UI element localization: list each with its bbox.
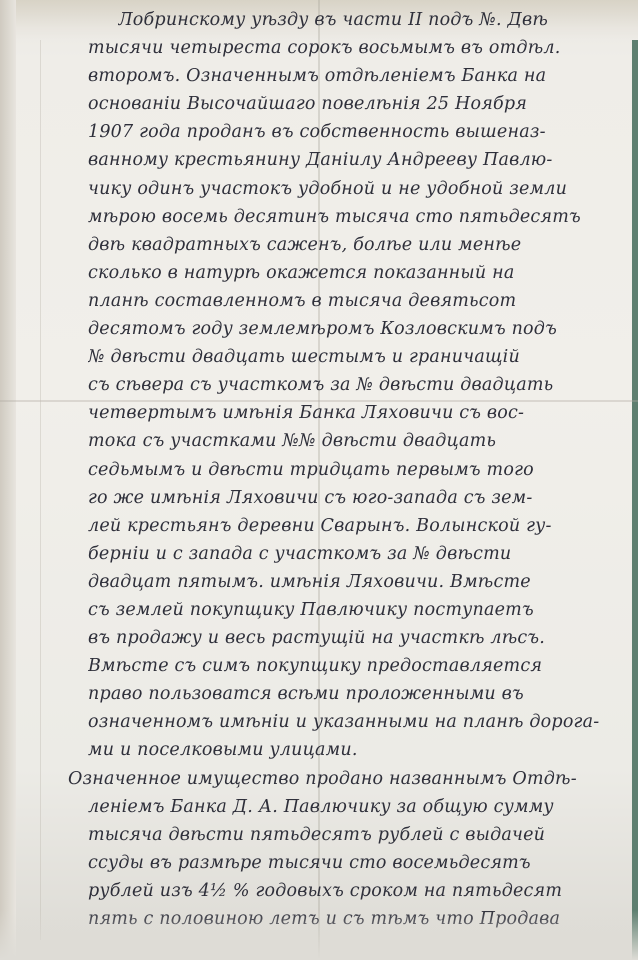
- text-line: второмъ. Означеннымъ отдѣленіемъ Банка н…: [88, 62, 630, 90]
- text-line: Означенное имущество продано названнымъ …: [68, 765, 630, 793]
- left-paper-edge: [0, 0, 16, 960]
- text-line: тысяча двѣсти пятьдесятъ рублей с выдаче…: [88, 821, 630, 849]
- text-line: двадцат пятымъ. имѣнія Ляховичи. Вмѣсте: [88, 568, 630, 596]
- text-line: ванному крестьянину Даніилу Андрееву Пав…: [88, 146, 630, 174]
- text-line: рублей изъ 4½ % годовыхъ сроком на пятьд…: [88, 877, 630, 905]
- text-line: право пользоватся всѣми проложенными въ: [88, 680, 630, 708]
- text-line: чику одинъ участокъ удобной и не удобной…: [88, 175, 630, 203]
- text-line: № двѣсти двадцать шестымъ и граничащій: [88, 343, 630, 371]
- text-line: ми и поселковыми улицами.: [88, 736, 630, 764]
- text-line: леніемъ Банка Д. А. Павлючику за общую с…: [88, 793, 630, 821]
- text-line: го же имѣнія Ляховичи съ юго-запада съ з…: [88, 484, 630, 512]
- text-line: Вмѣсте съ симъ покупщику предоставляется: [88, 652, 630, 680]
- text-line: четвертымъ имѣнія Банка Ляховичи съ вос-: [88, 399, 630, 427]
- text-line: основаніи Высочайшаго повелѣнія 25 Ноябр…: [88, 90, 630, 118]
- text-line: сколько в натурѣ окажется показанный на: [88, 259, 630, 287]
- text-line: ссуды въ размѣре тысячи сто восемьдесятъ: [88, 849, 630, 877]
- handwritten-text-body: Лобринскому уѣзду въ части II подъ №. Дв…: [88, 6, 630, 933]
- text-line: въ продажу и весь растущій на участкѣ лѣ…: [88, 624, 630, 652]
- text-line: десятомъ году землемѣромъ Козловскимъ по…: [88, 315, 630, 343]
- text-line: лей крестьянъ деревни Сварынъ. Волынской…: [88, 512, 630, 540]
- text-line: означенномъ имѣніи и указанными на планѣ…: [88, 708, 630, 736]
- text-line: 1907 года проданъ въ собственность вышен…: [88, 118, 630, 146]
- right-background-edge: [632, 40, 638, 960]
- text-line: мѣрою восемь десятинъ тысяча сто пятьдес…: [88, 203, 630, 231]
- text-line: съ сѣвера съ участкомъ за № двѣсти двадц…: [88, 371, 630, 399]
- text-line: съ землей покупщику Павлючику поступаетъ: [88, 596, 630, 624]
- faint-margin-line: [40, 40, 41, 940]
- bottom-shadow: [0, 910, 638, 960]
- text-line: двѣ квадратныхъ саженъ, болѣе или менѣе: [88, 231, 630, 259]
- text-line: берніи и с запада с участкомъ за № двѣст…: [88, 540, 630, 568]
- text-line: тока съ участками №№ двѣсти двадцать: [88, 427, 630, 455]
- text-line: Лобринскому уѣзду въ части II подъ №. Дв…: [118, 6, 630, 34]
- text-line: планѣ составленномъ в тысяча девятьсот: [88, 287, 630, 315]
- text-line: тысячи четыреста сорокъ восьмымъ въ отдѣ…: [88, 34, 630, 62]
- text-line: седьмымъ и двѣсти тридцать первымъ того: [88, 456, 630, 484]
